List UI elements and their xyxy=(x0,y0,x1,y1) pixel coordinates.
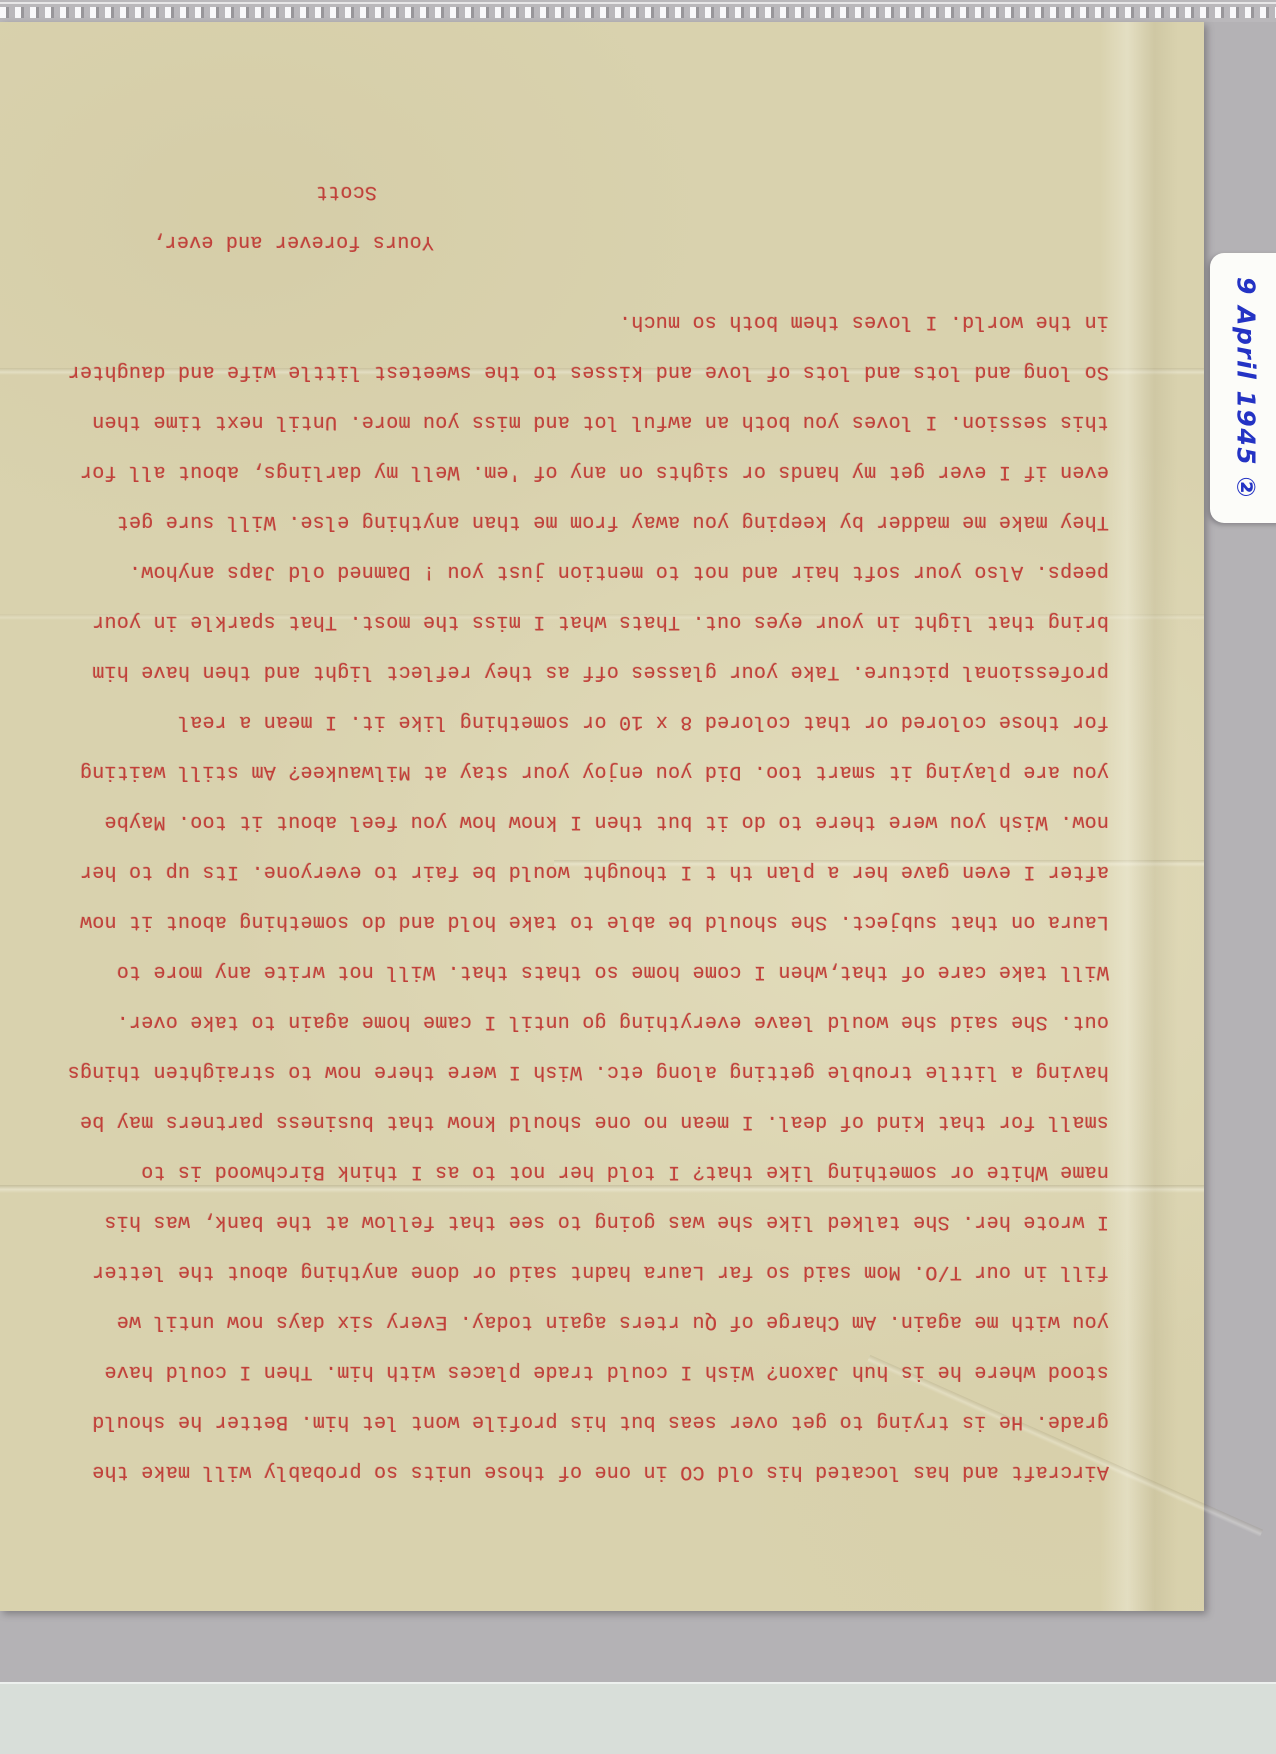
letter-line: out. She said she would leave everything… xyxy=(55,996,1109,1046)
date-label-text: 9 April 1945 ② xyxy=(1232,277,1261,499)
letter-line: Laura on that subject. She should be abl… xyxy=(55,896,1109,946)
letter-line: professional picture. Take your glasses … xyxy=(55,646,1109,696)
letter-line: Will take care of that,when I come home … xyxy=(55,946,1109,996)
letter-text-rotated-180: Aircraft and has located his old CO in o… xyxy=(0,22,1204,1611)
date-label-sticker: 9 April 1945 ② xyxy=(1210,253,1276,523)
letter-line: Aircraft and has located his old CO in o… xyxy=(55,1446,1109,1496)
letter-signature: Scott xyxy=(55,166,377,216)
letter-line: They make me madder by keeping you away … xyxy=(55,496,1109,546)
letter-paper: Aircraft and has located his old CO in o… xyxy=(0,22,1204,1611)
letter-line: in the world. I loves them both so much. xyxy=(55,296,1109,346)
letter-line: having a little trouble getting along et… xyxy=(55,1046,1109,1096)
letter-closing: Yours forever and ever, xyxy=(55,216,434,266)
letter-line: this session. I loves you both an awful … xyxy=(55,396,1109,446)
letter-line: for those colored or that colored 8 x 10… xyxy=(55,696,1109,746)
letter-line: you are playing it smart too. Did you en… xyxy=(55,746,1109,796)
letter-line: even if I ever get my hands or sights on… xyxy=(55,446,1109,496)
letter-line: you with me again. Am Charge of Qu rters… xyxy=(55,1296,1109,1346)
scanner-bed-strip xyxy=(0,1682,1276,1754)
letter-line: grade. He is trying to get over seas but… xyxy=(55,1396,1109,1446)
letter-line: name White or something like that? I tol… xyxy=(55,1146,1109,1196)
letter-line: fill in our T/O. Mom said so far Laura h… xyxy=(55,1246,1109,1296)
letter-line: I wrote her. She talked like she was goi… xyxy=(55,1196,1109,1246)
letter-line: peeps. Also your soft hair and not to me… xyxy=(55,546,1109,596)
letter-line: after I even gave her a plan th t I thou… xyxy=(55,846,1109,896)
letter-line: stood where he is huh Jaxon? Wish I coul… xyxy=(55,1346,1109,1396)
letter-line: small for that kind of deal. I mean no o… xyxy=(55,1096,1109,1146)
letter-line: bring that light in your eyes out. Thats… xyxy=(55,596,1109,646)
letter-line: So long and lots and lots of love and ki… xyxy=(55,346,1109,396)
letter-line: now. Wish you were there to do it but th… xyxy=(55,796,1109,846)
binder-perforation-strip xyxy=(0,0,1276,22)
